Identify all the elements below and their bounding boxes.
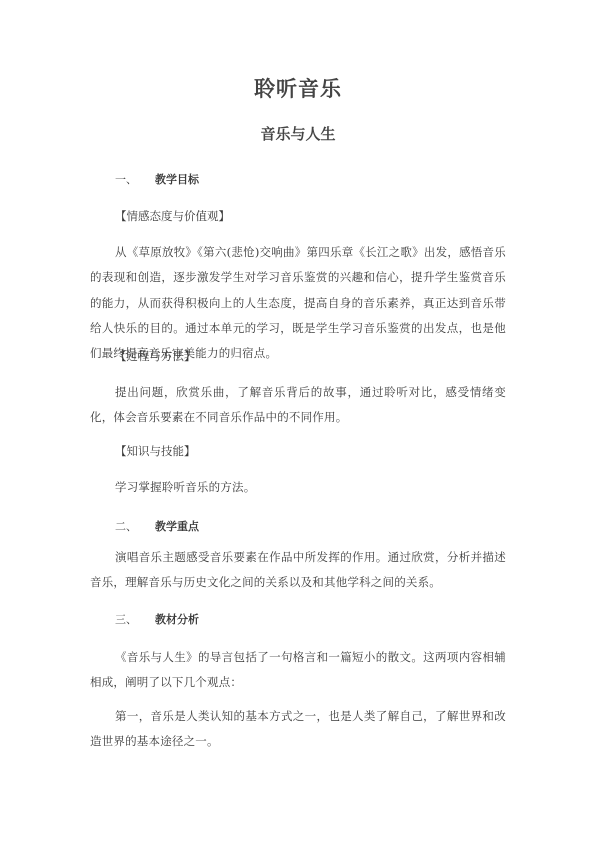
subsection-label-attitude-values: 【情感态度与价值观】 [115,208,230,224]
section-title: 教材分析 [155,613,199,626]
section-title: 教学重点 [155,520,199,533]
section-number: 二、 [115,518,155,534]
document-subtitle: 音乐与人生 [90,123,506,144]
subsection-label-process-methods: 【过程与方法】 [115,348,196,364]
document-title: 聆听音乐 [90,73,506,103]
paragraph-teaching-focus: 演唱音乐主题感受音乐要素在作品中所发挥的作用。通过欣赏，分析并描述音乐，理解音乐… [90,545,506,596]
section-title: 教学目标 [155,173,199,186]
paragraph-process-methods: 提出问题，欣赏乐曲，了解音乐背后的故事，通过聆听对比，感受情绪变化，体会音乐要素… [90,380,506,431]
section-number: 三、 [115,611,155,627]
subsection-label-knowledge-skills: 【知识与技能】 [115,443,196,459]
section-heading-material-analysis: 三、教材分析 [115,611,199,627]
section-number: 一、 [115,171,155,187]
paragraph-material-intro: 《音乐与人生》的导言包括了一句格言和一篇短小的散文。这两项内容相辅相成，阐明了以… [90,645,506,696]
paragraph-knowledge-skills: 学习掌握聆听音乐的方法。 [90,475,506,500]
section-heading-teaching-focus: 二、教学重点 [115,518,199,534]
paragraph-point-one: 第一，音乐是人类认知的基本方式之一，也是人类了解自己，了解世界和改造世界的基本途… [90,704,506,755]
section-heading-teaching-goals: 一、教学目标 [115,171,199,187]
